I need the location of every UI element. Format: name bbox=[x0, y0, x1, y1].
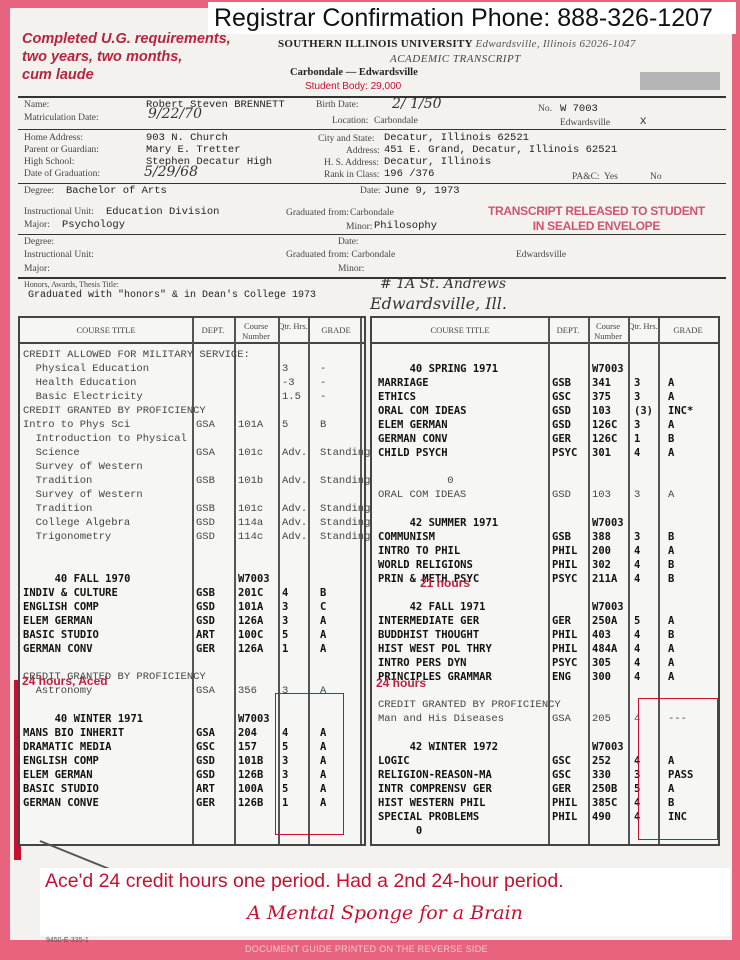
divider bbox=[18, 96, 726, 98]
cell-num: 114a bbox=[238, 516, 263, 530]
cell-title: ORAL COM IDEAS bbox=[378, 404, 467, 418]
cell-title: ELEM GERMAN bbox=[378, 418, 448, 432]
cell-hrs: Adv. bbox=[282, 502, 307, 516]
cell-title: 40 FALL 1970 bbox=[23, 572, 130, 586]
grad-date: 5/29/68 bbox=[144, 164, 198, 180]
cell-title: ENGLISH COMP bbox=[23, 754, 99, 768]
cell-dept: GSD bbox=[196, 754, 215, 768]
cell-num: W7003 bbox=[238, 712, 270, 726]
cell-grade: B bbox=[320, 418, 326, 432]
col-course-title: COURSE TITLE bbox=[372, 318, 548, 344]
cell-title: Tradition bbox=[23, 502, 92, 516]
table-row bbox=[372, 502, 718, 516]
parent-name: Mary E. Tretter bbox=[146, 144, 241, 156]
bottom-caption: Ace'd 24 credit hours one period. Had a … bbox=[45, 870, 564, 893]
table-row: TraditionGSB101bAdv.Standing bbox=[20, 474, 364, 488]
table-row: Intro to Phys SciGSA101A5B bbox=[20, 418, 364, 432]
cell-dept: GSA bbox=[196, 418, 215, 432]
city-state: Decatur, Illinois 62521 bbox=[384, 132, 529, 144]
instructional-unit: Education Division bbox=[106, 206, 219, 218]
cell-num: 114c bbox=[238, 530, 263, 544]
cell-title: Trigonometry bbox=[23, 530, 111, 544]
table-row: Introduction to Physical bbox=[20, 432, 364, 446]
completion-note: Completed U.G. requirements, two years, … bbox=[22, 30, 231, 84]
cell-grade: B bbox=[668, 530, 674, 544]
table-row: Survey of Western bbox=[20, 460, 364, 474]
edwardsville-label: Edwardsville bbox=[560, 118, 610, 128]
cell-grade: A bbox=[668, 390, 674, 404]
col-course-number: Course Number bbox=[588, 318, 628, 344]
name-label: Name: bbox=[24, 100, 49, 110]
table-row: ENGLISH COMPGSD101A3C bbox=[20, 600, 364, 614]
matric-label: Matriculation Date: bbox=[24, 113, 99, 123]
cell-grade: - bbox=[320, 390, 326, 404]
cell-hrs: 3 bbox=[634, 418, 640, 432]
table-row: BASIC STUDIOART100C5A bbox=[20, 628, 364, 642]
cell-grade: Standing bbox=[320, 530, 370, 544]
cell-dept: GER bbox=[552, 432, 571, 446]
cell-hrs: 3 bbox=[282, 614, 288, 628]
table-row: TraditionGSB101cAdv.Standing bbox=[20, 502, 364, 516]
cell-title: Survey of Western bbox=[23, 460, 143, 474]
cell-dept: PHIL bbox=[552, 628, 577, 642]
cell-num: 157 bbox=[238, 740, 257, 754]
cell-dept: PSYC bbox=[552, 572, 577, 586]
cell-title: 40 WINTER 1971 bbox=[23, 712, 143, 726]
cell-dept: GSB bbox=[552, 376, 571, 390]
cell-num: 200 bbox=[592, 544, 611, 558]
col-qtr-hrs: Qtr. Hrs. bbox=[278, 318, 308, 344]
cell-num: 101c bbox=[238, 446, 263, 460]
cell-hrs: -3 bbox=[282, 376, 295, 390]
cell-title: CREDIT GRANTED BY PROFICIENCY bbox=[378, 698, 561, 712]
cell-dept: GSC bbox=[196, 740, 215, 754]
cell-num: 101A bbox=[238, 418, 263, 432]
cell-title: 42 FALL 1971 bbox=[378, 600, 485, 614]
honors-label: Honors, Awards, Thesis Title: bbox=[24, 280, 119, 289]
cell-hrs: 4 bbox=[634, 558, 640, 572]
cell-title: ENGLISH COMP bbox=[23, 600, 99, 614]
table-row: MARRIAGEGSB3413A bbox=[372, 376, 718, 390]
cell-title: MARRIAGE bbox=[378, 376, 429, 390]
cell-dept: GSD bbox=[196, 600, 215, 614]
cell-hrs: 4 bbox=[634, 642, 640, 656]
cell-hrs: (3) bbox=[634, 404, 653, 418]
released-stamp: TRANSCRIPT RELEASED TO STUDENT IN SEALED… bbox=[488, 204, 705, 234]
table-row: GERMAN CONVGER126C1B bbox=[372, 432, 718, 446]
cell-num: 388 bbox=[592, 530, 611, 544]
date2-label: Date: bbox=[338, 237, 359, 247]
table-row: 0 bbox=[372, 474, 718, 488]
cell-num: 101A bbox=[238, 600, 263, 614]
graduated-from-label: Graduated from: bbox=[286, 208, 349, 218]
major-label: Major: bbox=[24, 220, 50, 230]
university-address: Edwardsville, Illinois 62026-1047 bbox=[476, 38, 636, 50]
cell-title: ETHICS bbox=[378, 390, 416, 404]
location-label: Location: bbox=[332, 116, 368, 126]
cell-dept: GSB bbox=[196, 474, 215, 488]
cell-num: 302 bbox=[592, 558, 611, 572]
table-row: ORAL COM IDEASGSD103(3)INC* bbox=[372, 404, 718, 418]
cell-num: 126C bbox=[592, 432, 617, 446]
cell-title: BASIC STUDIO bbox=[23, 782, 99, 796]
cell-dept: GER bbox=[196, 796, 215, 810]
table-row: 40 FALL 1970W7003 bbox=[20, 572, 364, 586]
cell-hrs: 4 bbox=[634, 656, 640, 670]
table-row bbox=[372, 348, 718, 362]
cell-num: 330 bbox=[592, 768, 611, 782]
cell-grade: B bbox=[320, 586, 326, 600]
cell-dept: GSD bbox=[196, 530, 215, 544]
cell-title: Science bbox=[23, 446, 80, 460]
cell-hrs: 4 bbox=[282, 586, 288, 600]
table-row: ETHICSGSC3753A bbox=[372, 390, 718, 404]
hs-address-label: H. S. Address: bbox=[324, 158, 379, 168]
cell-title: 0 bbox=[378, 474, 454, 488]
edwardsville-mark: X bbox=[640, 116, 646, 128]
table-row bbox=[20, 558, 364, 572]
cell-dept: PHIL bbox=[552, 810, 577, 824]
cell-title: LOGIC bbox=[378, 754, 410, 768]
cell-dept: GSA bbox=[196, 446, 215, 460]
matric-date: 9/22/70 bbox=[148, 106, 202, 122]
table-row: Survey of Western bbox=[20, 488, 364, 502]
table-row: 42 SUMMER 1971W7003 bbox=[372, 516, 718, 530]
cell-title: 40 SPRING 1971 bbox=[378, 362, 498, 376]
table-row: INTRO TO PHILPHIL2004A bbox=[372, 544, 718, 558]
cell-title: COMMUNISM bbox=[378, 530, 435, 544]
cell-title: ELEM GERMAN bbox=[23, 614, 93, 628]
cell-dept: GSA bbox=[552, 712, 571, 726]
parent-address: 451 E. Grand, Decatur, Illinois 62521 bbox=[384, 144, 617, 156]
cell-title: Survey of Western bbox=[23, 488, 143, 502]
cell-title: GERMAN CONV bbox=[378, 432, 448, 446]
cell-dept: GER bbox=[552, 614, 571, 628]
cell-title: DRAMATIC MEDIA bbox=[23, 740, 112, 754]
cell-num: 205 bbox=[592, 712, 611, 726]
cell-title: INDIV & CULTURE bbox=[23, 586, 118, 600]
table-row: HIST WEST POL THRYPHIL484A4A bbox=[372, 642, 718, 656]
annotation-24-hours-aced: 24 hours, Aced bbox=[22, 674, 108, 688]
cell-dept: GSB bbox=[552, 530, 571, 544]
table-row: CHILD PSYCHPSYC3014A bbox=[372, 446, 718, 460]
cell-hrs: 5 bbox=[282, 418, 288, 432]
col-dept: DEPT. bbox=[192, 318, 234, 344]
table-row: GERMAN CONVGER126A1A bbox=[20, 642, 364, 656]
cell-hrs: 4 bbox=[634, 544, 640, 558]
cell-num: 356 bbox=[238, 684, 257, 698]
cell-title: HIST WEST POL THRY bbox=[378, 642, 492, 656]
cell-title: BASIC STUDIO bbox=[23, 628, 99, 642]
table-row: CREDIT GRANTED BY PROFICIENCY bbox=[20, 404, 364, 418]
address-label: Address: bbox=[346, 146, 380, 156]
cell-grade: A bbox=[668, 642, 674, 656]
class-rank: 196 /376 bbox=[384, 168, 434, 180]
cell-num: 375 bbox=[592, 390, 611, 404]
table-row bbox=[20, 656, 364, 670]
cell-dept: GSB bbox=[196, 502, 215, 516]
table-row bbox=[372, 460, 718, 474]
cell-title: INTRO PERS DYN bbox=[378, 656, 467, 670]
cell-hrs: 4 bbox=[634, 572, 640, 586]
cell-grade: A bbox=[668, 376, 674, 390]
cell-num: 126B bbox=[238, 768, 263, 782]
cell-grade: A bbox=[668, 656, 674, 670]
cell-num: 103 bbox=[592, 404, 611, 418]
cell-grade: A bbox=[668, 418, 674, 432]
highlight-box-right bbox=[638, 698, 718, 840]
cell-title: Introduction to Physical bbox=[23, 432, 187, 446]
cell-grade: - bbox=[320, 376, 326, 390]
cell-title: Intro to Phys Sci bbox=[23, 418, 130, 432]
cell-num: 305 bbox=[592, 656, 611, 670]
home-address: 903 N. Church bbox=[146, 132, 228, 144]
pac-no: No bbox=[650, 172, 662, 182]
cell-dept: PHIL bbox=[552, 558, 577, 572]
cell-title: CREDIT GRANTED BY PROFICIENCY bbox=[23, 404, 206, 418]
cell-dept: ENG bbox=[552, 670, 571, 684]
degree-label: Degree: bbox=[24, 186, 54, 196]
cell-hrs: Adv. bbox=[282, 446, 307, 460]
cell-num: 100A bbox=[238, 782, 263, 796]
pac-label: PA&C: bbox=[572, 172, 600, 182]
cell-title: HIST WESTERN PHIL bbox=[378, 796, 485, 810]
cell-num: 385C bbox=[592, 796, 617, 810]
cell-dept: ART bbox=[196, 782, 215, 796]
cell-dept: GSD bbox=[552, 404, 571, 418]
pac-yes: Yes bbox=[604, 172, 618, 182]
cell-grade: A bbox=[320, 614, 326, 628]
major2-label: Major: bbox=[24, 264, 50, 274]
annotation-21-hours: 21 hours bbox=[420, 576, 470, 590]
cell-grade: B bbox=[668, 432, 674, 446]
cell-hrs: Adv. bbox=[282, 474, 307, 488]
bottom-banner: Ace'd 24 credit hours one period. Had a … bbox=[40, 868, 730, 936]
cell-title: 42 SUMMER 1971 bbox=[378, 516, 498, 530]
grad-label: Date of Graduation: bbox=[24, 169, 100, 179]
cell-hrs: 3 bbox=[282, 600, 288, 614]
cell-num: 101B bbox=[238, 754, 263, 768]
cell-dept: GSA bbox=[196, 726, 215, 740]
graduated-from2-label: Graduated from: Carbondale bbox=[286, 250, 395, 260]
col-course-title: COURSE TITLE bbox=[20, 318, 192, 344]
cell-num: 211A bbox=[592, 572, 617, 586]
table-row: CREDIT ALLOWED FOR MILITARY SERVICE: bbox=[20, 348, 364, 362]
cell-num: 403 bbox=[592, 628, 611, 642]
minor-label: Minor: bbox=[346, 222, 372, 232]
cell-num: 100C bbox=[238, 628, 263, 642]
cell-title: WORLD RELIGIONS bbox=[378, 558, 473, 572]
table-row: INTERMEDIATE GERGER250A5A bbox=[372, 614, 718, 628]
cell-grade: A bbox=[320, 628, 326, 642]
honors-text: Graduated with "honors" & in Dean's Coll… bbox=[28, 290, 316, 301]
cell-hrs: 3 bbox=[634, 390, 640, 404]
table-row: WORLD RELIGIONSPHIL3024B bbox=[372, 558, 718, 572]
col-dept: DEPT. bbox=[548, 318, 588, 344]
cell-grade: Standing bbox=[320, 446, 370, 460]
cell-hrs: 1 bbox=[634, 432, 640, 446]
cell-num: 101c bbox=[238, 502, 263, 516]
cell-num: W7003 bbox=[238, 572, 270, 586]
cell-num: W7003 bbox=[592, 362, 624, 376]
note-line-1: Completed U.G. requirements, bbox=[22, 30, 231, 48]
cell-hrs: 3 bbox=[634, 488, 640, 502]
gray-stamp bbox=[640, 72, 720, 90]
student-body-count: Student Body: 29,000 bbox=[305, 81, 401, 92]
cell-title: GERMAN CONVE bbox=[23, 796, 99, 810]
table-row: Health Education-3- bbox=[20, 376, 364, 390]
cell-grade: A bbox=[320, 642, 326, 656]
table-row: ScienceGSA101cAdv.Standing bbox=[20, 446, 364, 460]
unit2-label: Instructional Unit: bbox=[24, 250, 94, 260]
birth-label: Birth Date: bbox=[316, 100, 358, 110]
cell-num: 250A bbox=[592, 614, 617, 628]
form-number: 9450-E-335-1 bbox=[46, 937, 89, 944]
cell-num: 126A bbox=[238, 642, 263, 656]
cell-dept: PHIL bbox=[552, 642, 577, 656]
cell-grade: A bbox=[668, 670, 674, 684]
cell-dept: ART bbox=[196, 628, 215, 642]
cell-title: CHILD PSYCH bbox=[378, 446, 448, 460]
cell-title: Man and His Diseases bbox=[378, 712, 504, 726]
cell-dept: PSYC bbox=[552, 446, 577, 460]
cell-grade: A bbox=[668, 544, 674, 558]
cell-grade: Standing bbox=[320, 502, 370, 516]
cell-title: College Algebra bbox=[23, 516, 130, 530]
col-qtr-hrs: Qtr. Hrs. bbox=[628, 318, 658, 344]
location-value: Carbondale bbox=[374, 116, 418, 126]
table-row: COMMUNISMGSB3883B bbox=[372, 530, 718, 544]
major-value: Psychology bbox=[62, 219, 125, 231]
cell-num: W7003 bbox=[592, 516, 624, 530]
degree2-label: Degree: bbox=[24, 237, 54, 247]
note-line-3: cum laude bbox=[22, 66, 231, 84]
cell-grade: C bbox=[320, 600, 326, 614]
cell-grade: B bbox=[668, 572, 674, 586]
graduated-from: Carbondale bbox=[350, 208, 394, 218]
cell-hrs: 1.5 bbox=[282, 390, 301, 404]
hs-label: High School: bbox=[24, 157, 74, 167]
birth-date: 2/ 1/50 bbox=[392, 96, 442, 112]
cell-dept: GSD bbox=[196, 516, 215, 530]
table-row: ORAL COM IDEASGSD1033A bbox=[372, 488, 718, 502]
cell-num: 341 bbox=[592, 376, 611, 390]
cell-dept: GSD bbox=[196, 768, 215, 782]
highlight-box-left bbox=[275, 693, 344, 835]
cell-grade: A bbox=[668, 488, 674, 502]
cell-grade: Standing bbox=[320, 474, 370, 488]
cell-num: 126A bbox=[238, 614, 263, 628]
cell-grade: B bbox=[668, 558, 674, 572]
note-line-2: two years, two months, bbox=[22, 48, 231, 66]
cell-title: INTERMEDIATE GER bbox=[378, 614, 479, 628]
cell-num: W7003 bbox=[592, 600, 624, 614]
col-course-number: Course Number bbox=[234, 318, 278, 344]
cell-dept: PHIL bbox=[552, 544, 577, 558]
cell-hrs: 4 bbox=[634, 446, 640, 460]
cell-num: 126C bbox=[592, 418, 617, 432]
minor-value: Philosophy bbox=[374, 220, 437, 232]
cell-title: CREDIT ALLOWED FOR MILITARY SERVICE: bbox=[23, 348, 250, 362]
table-row: 40 SPRING 1971W7003 bbox=[372, 362, 718, 376]
cell-num: 300 bbox=[592, 670, 611, 684]
table-row: Basic Electricity1.5- bbox=[20, 390, 364, 404]
cell-title: Tradition bbox=[23, 474, 92, 488]
cell-hrs: 4 bbox=[634, 628, 640, 642]
cell-title: INTR COMPRENSV GER bbox=[378, 782, 492, 796]
divider bbox=[18, 277, 726, 279]
cell-grade: - bbox=[320, 362, 326, 376]
table-row: INTRO PERS DYNPSYC3054A bbox=[372, 656, 718, 670]
cell-title: 0 bbox=[378, 824, 422, 838]
document-title: ACADEMIC TRANSCRIPT bbox=[390, 53, 521, 65]
divider bbox=[18, 129, 726, 130]
cell-num: 252 bbox=[592, 754, 611, 768]
degree-date: June 9, 1973 bbox=[384, 185, 460, 197]
divider bbox=[18, 234, 726, 235]
table-row: ELEM GERMANGSD126C3A bbox=[372, 418, 718, 432]
cell-hrs: Adv. bbox=[282, 530, 307, 544]
cell-dept: GSC bbox=[552, 754, 571, 768]
table-row: INDIV & CULTUREGSB201C4B bbox=[20, 586, 364, 600]
cell-dept: GSC bbox=[552, 768, 571, 782]
cell-num: 301 bbox=[592, 446, 611, 460]
cell-num: 490 bbox=[592, 810, 611, 824]
cell-title: Physical Education bbox=[23, 362, 149, 376]
hs-address: Decatur, Illinois bbox=[384, 156, 491, 168]
university-name: SOUTHERN ILLINOIS UNIVERSITY Edwardsvill… bbox=[278, 38, 636, 50]
divider bbox=[18, 183, 726, 184]
cell-hrs: 5 bbox=[634, 614, 640, 628]
col-grade: GRADE bbox=[658, 318, 718, 344]
cell-num: 201C bbox=[238, 586, 263, 600]
handwritten-address-2: Edwardsville, Ill. bbox=[370, 294, 507, 313]
table-row: College AlgebraGSD114aAdv.Standing bbox=[20, 516, 364, 530]
cell-num: W7003 bbox=[592, 740, 624, 754]
footer-text: DOCUMENT GUIDE PRINTED ON THE REVERSE SI… bbox=[245, 944, 488, 954]
cell-dept: GSA bbox=[196, 684, 215, 698]
cell-grade: Standing bbox=[320, 516, 370, 530]
cell-grade: A bbox=[668, 446, 674, 460]
cell-dept: GSD bbox=[552, 488, 571, 502]
cell-grade: B bbox=[668, 628, 674, 642]
registrar-phone-banner: Registrar Confirmation Phone: 888-326-12… bbox=[208, 2, 736, 34]
handwritten-address-1: # 1A St. Andrews bbox=[380, 276, 506, 292]
cell-num: 101b bbox=[238, 474, 263, 488]
cell-dept: GSB bbox=[196, 586, 215, 600]
city-label: City and State: bbox=[318, 134, 374, 144]
cell-hrs: 3 bbox=[634, 530, 640, 544]
no-label: No. bbox=[538, 104, 552, 114]
cell-hrs: 5 bbox=[282, 628, 288, 642]
table-row: BUDDHIST THOUGHTPHIL4034B bbox=[372, 628, 718, 642]
cell-title: 42 WINTER 1972 bbox=[378, 740, 498, 754]
minor2-label: Minor: bbox=[338, 264, 364, 274]
cell-num: 204 bbox=[238, 726, 257, 740]
cell-grade: A bbox=[668, 614, 674, 628]
cell-num: 484A bbox=[592, 642, 617, 656]
cell-grade: INC* bbox=[668, 404, 693, 418]
cell-hrs: 4 bbox=[634, 670, 640, 684]
unit-label: Instructional Unit: bbox=[24, 207, 94, 217]
campuses: Carbondale — Edwardsville bbox=[290, 67, 418, 78]
cell-hrs: 1 bbox=[282, 642, 288, 656]
cell-dept: PSYC bbox=[552, 656, 577, 670]
cell-title: Basic Electricity bbox=[23, 390, 143, 404]
cell-title: BUDDHIST THOUGHT bbox=[378, 628, 479, 642]
table-row: TrigonometryGSD114cAdv.Standing bbox=[20, 530, 364, 544]
parent-label: Parent or Guardian: bbox=[24, 145, 99, 155]
